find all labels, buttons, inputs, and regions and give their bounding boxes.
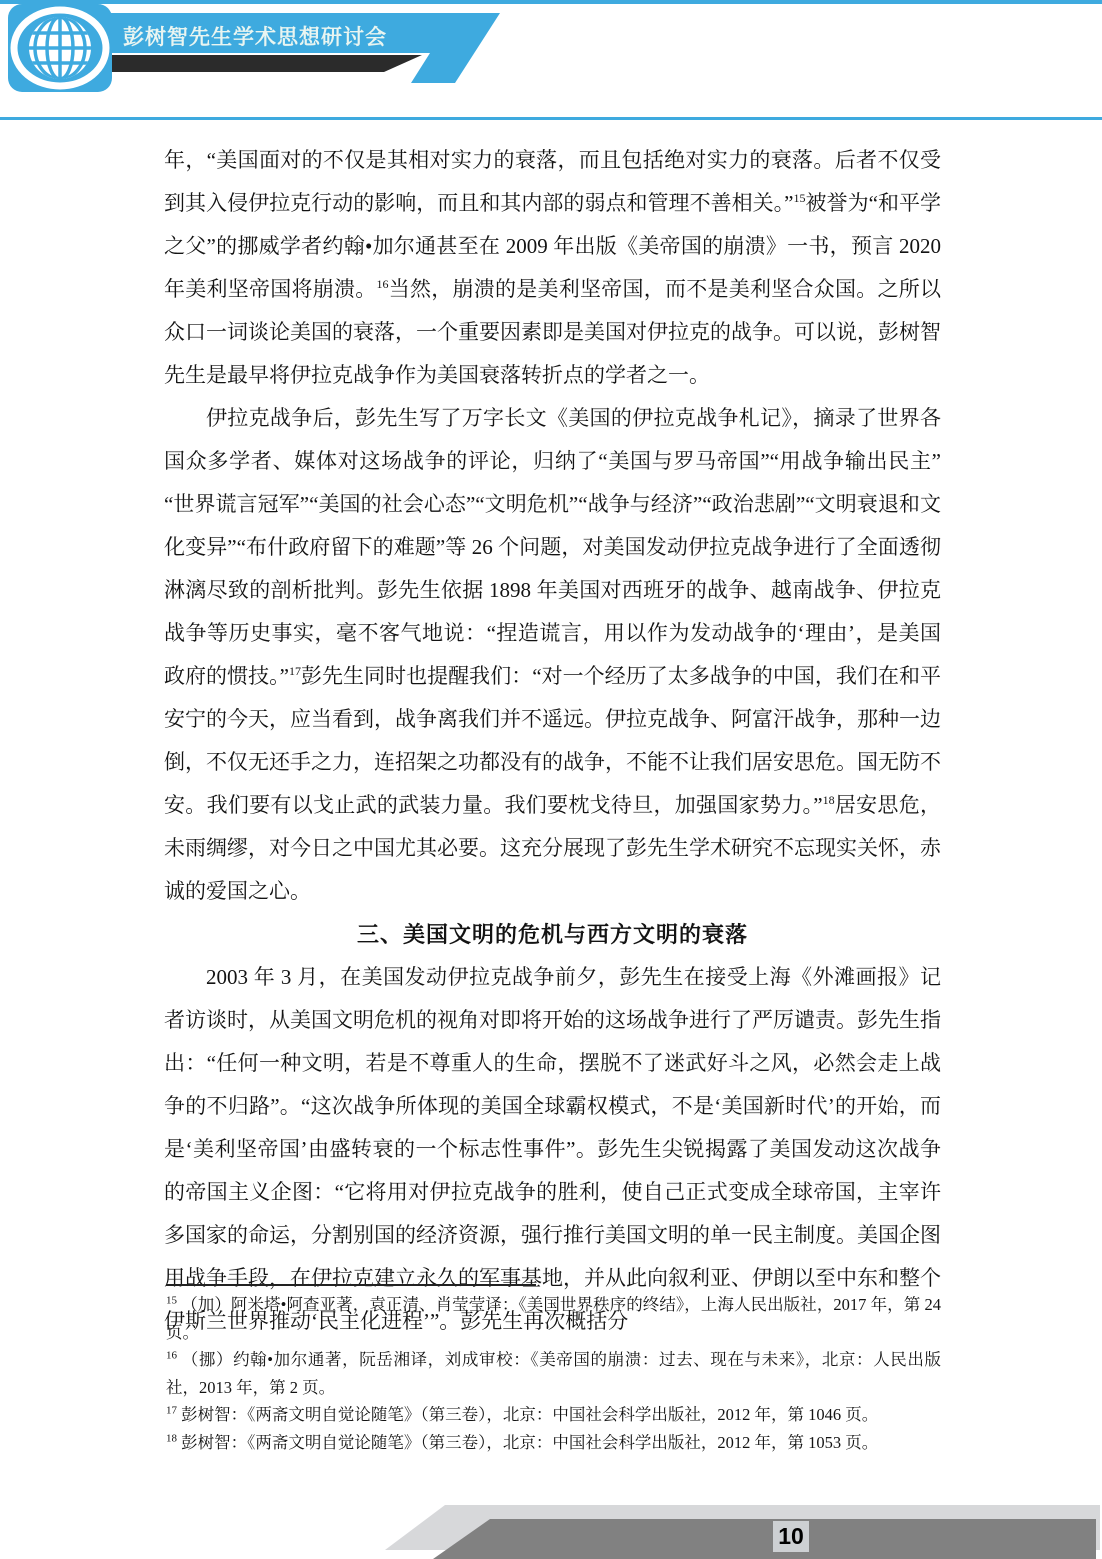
footnote-ref: 18: [823, 793, 835, 807]
footer-dark-band: [433, 1519, 1096, 1559]
footnote: 18 彭树智：《两斋文明自觉论随笔》（第三卷），北京：中国社会科学出版社，201…: [166, 1429, 941, 1457]
conference-title: 彭树智先生学术思想研讨会: [123, 21, 387, 51]
footnote: 15 （加）阿米塔•阿查亚著，袁正清、肖莹莹译：《美国世界秩序的终结》，上海人民…: [166, 1291, 941, 1346]
header-divider: [0, 117, 1102, 120]
footnote-number: 16: [166, 1350, 177, 1362]
section-heading: 三、美国文明的危机与西方文明的衰落: [164, 913, 941, 956]
page-number: 10: [773, 1521, 809, 1552]
paragraph: 年，“美国面对的不仅是其相对实力的衰落，而且包括绝对实力的衰落。后者不仅受到其入…: [164, 139, 941, 397]
footnote-number: 18: [166, 1432, 177, 1444]
header-banner-shadow: [110, 55, 422, 72]
footnote-ref: 17: [289, 664, 301, 678]
footnote-number: 15: [166, 1295, 177, 1307]
body-text: 年，“美国面对的不仅是其相对实力的衰落，而且包括绝对实力的衰落。后者不仅受到其入…: [164, 139, 941, 1343]
document-page: 彭树智先生学术思想研讨会 年，“美国面对的不仅是其相对实力的衰落，而且包括绝对实…: [0, 0, 1102, 1559]
footnote-number: 17: [166, 1405, 177, 1417]
footnote-separator: [166, 1284, 536, 1286]
top-accent-strip: [0, 0, 1102, 4]
paragraph: 伊拉克战争后，彭先生写了万字长文《美国的伊拉克战争札记》，摘录了世界各国众多学者…: [164, 397, 941, 913]
footnote: 16 （挪）约翰•加尔通著，阮岳湘译，刘成审校：《美帝国的崩溃：过去、现在与未来…: [166, 1346, 941, 1401]
footnote-ref: 15: [794, 191, 806, 205]
globe-logo-icon: [8, 4, 112, 92]
footnote-ref: 16: [377, 277, 389, 291]
footnotes-list: 15 （加）阿米塔•阿查亚著，袁正清、肖莹莹译：《美国世界秩序的终结》，上海人民…: [166, 1291, 941, 1456]
footnote: 17 彭树智：《两斋文明自觉论随笔》（第三卷），北京：中国社会科学出版社，201…: [166, 1401, 941, 1429]
